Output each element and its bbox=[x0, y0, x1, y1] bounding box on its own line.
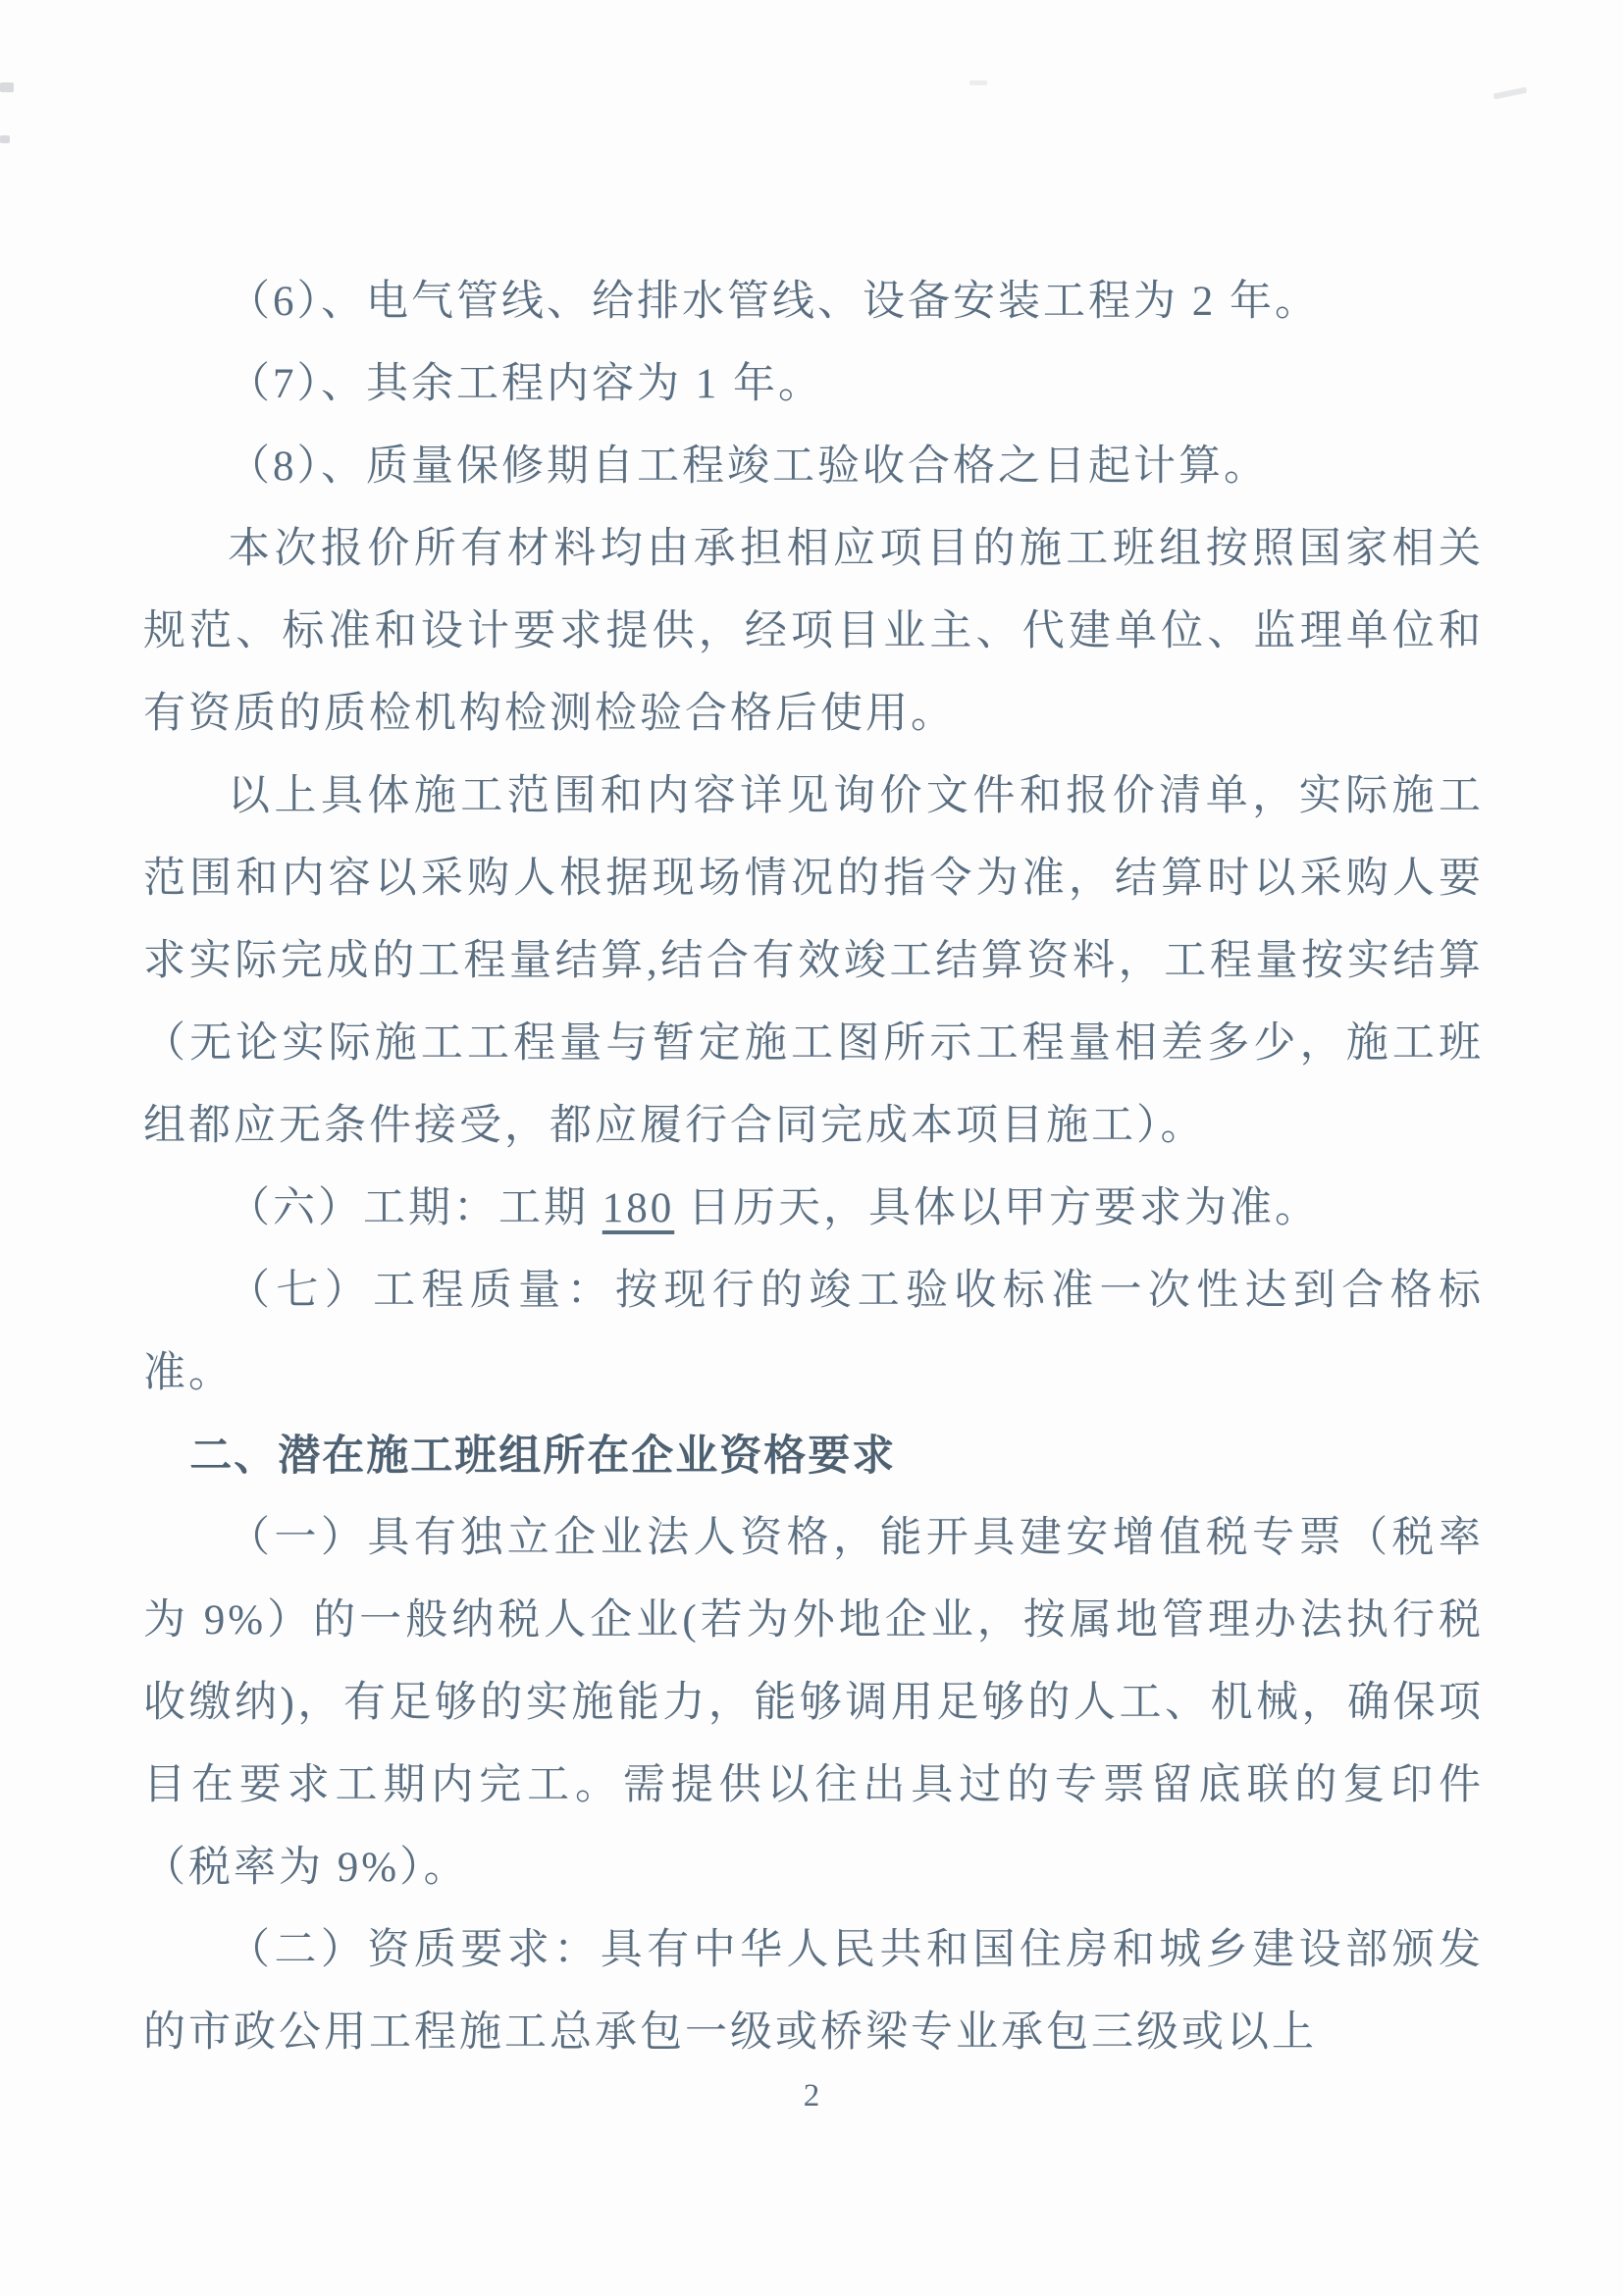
qualification-clause-2: （二）资质要求：具有中华人民共和国住房和城乡建设部颁发的市政公用工程施工总承包一… bbox=[143, 1909, 1484, 2074]
scan-artifact bbox=[1493, 87, 1528, 100]
scan-artifact bbox=[0, 82, 14, 92]
clause-duration-prefix: （六）工期：工期 bbox=[228, 1185, 602, 1231]
clause-item-8: （8）、质量保修期自工程竣工验收合格之日起计算。 bbox=[143, 426, 1484, 508]
clause-duration-suffix: 日历天，具体以甲方要求为准。 bbox=[674, 1185, 1320, 1231]
section-2-heading: 二、潜在施工班组所在企业资格要求 bbox=[143, 1415, 1484, 1497]
document-body: （6）、电气管线、给排水管线、设备安装工程为 2 年。 （7）、其余工程内容为 … bbox=[143, 261, 1484, 2074]
qualification-clause-1: （一）具有独立企业法人资格，能开具建安增值税专票（税率为 9%）的一般纳税人企业… bbox=[143, 1497, 1484, 1909]
clause-item-7: （7）、其余工程内容为 1 年。 bbox=[143, 343, 1484, 426]
page-number: 2 bbox=[0, 2078, 1623, 2114]
scan-artifact bbox=[0, 135, 10, 143]
scan-artifact bbox=[969, 80, 987, 85]
clause-duration: （六）工期：工期 180 日历天，具体以甲方要求为准。 bbox=[143, 1168, 1484, 1250]
clause-quality: （七）工程质量：按现行的竣工验收标准一次性达到合格标准。 bbox=[143, 1250, 1484, 1415]
clause-item-6: （6）、电气管线、给排水管线、设备安装工程为 2 年。 bbox=[143, 261, 1484, 343]
paragraph-materials: 本次报价所有材料均由承担相应项目的施工班组按照国家相关规范、标准和设计要求提供，… bbox=[143, 508, 1484, 756]
duration-days-value: 180 bbox=[602, 1185, 675, 1231]
document-page: （6）、电气管线、给排水管线、设备安装工程为 2 年。 （7）、其余工程内容为 … bbox=[0, 0, 1623, 2296]
paragraph-scope: 以上具体施工范围和内容详见询价文件和报价清单，实际施工范围和内容以采购人根据现场… bbox=[143, 756, 1484, 1168]
